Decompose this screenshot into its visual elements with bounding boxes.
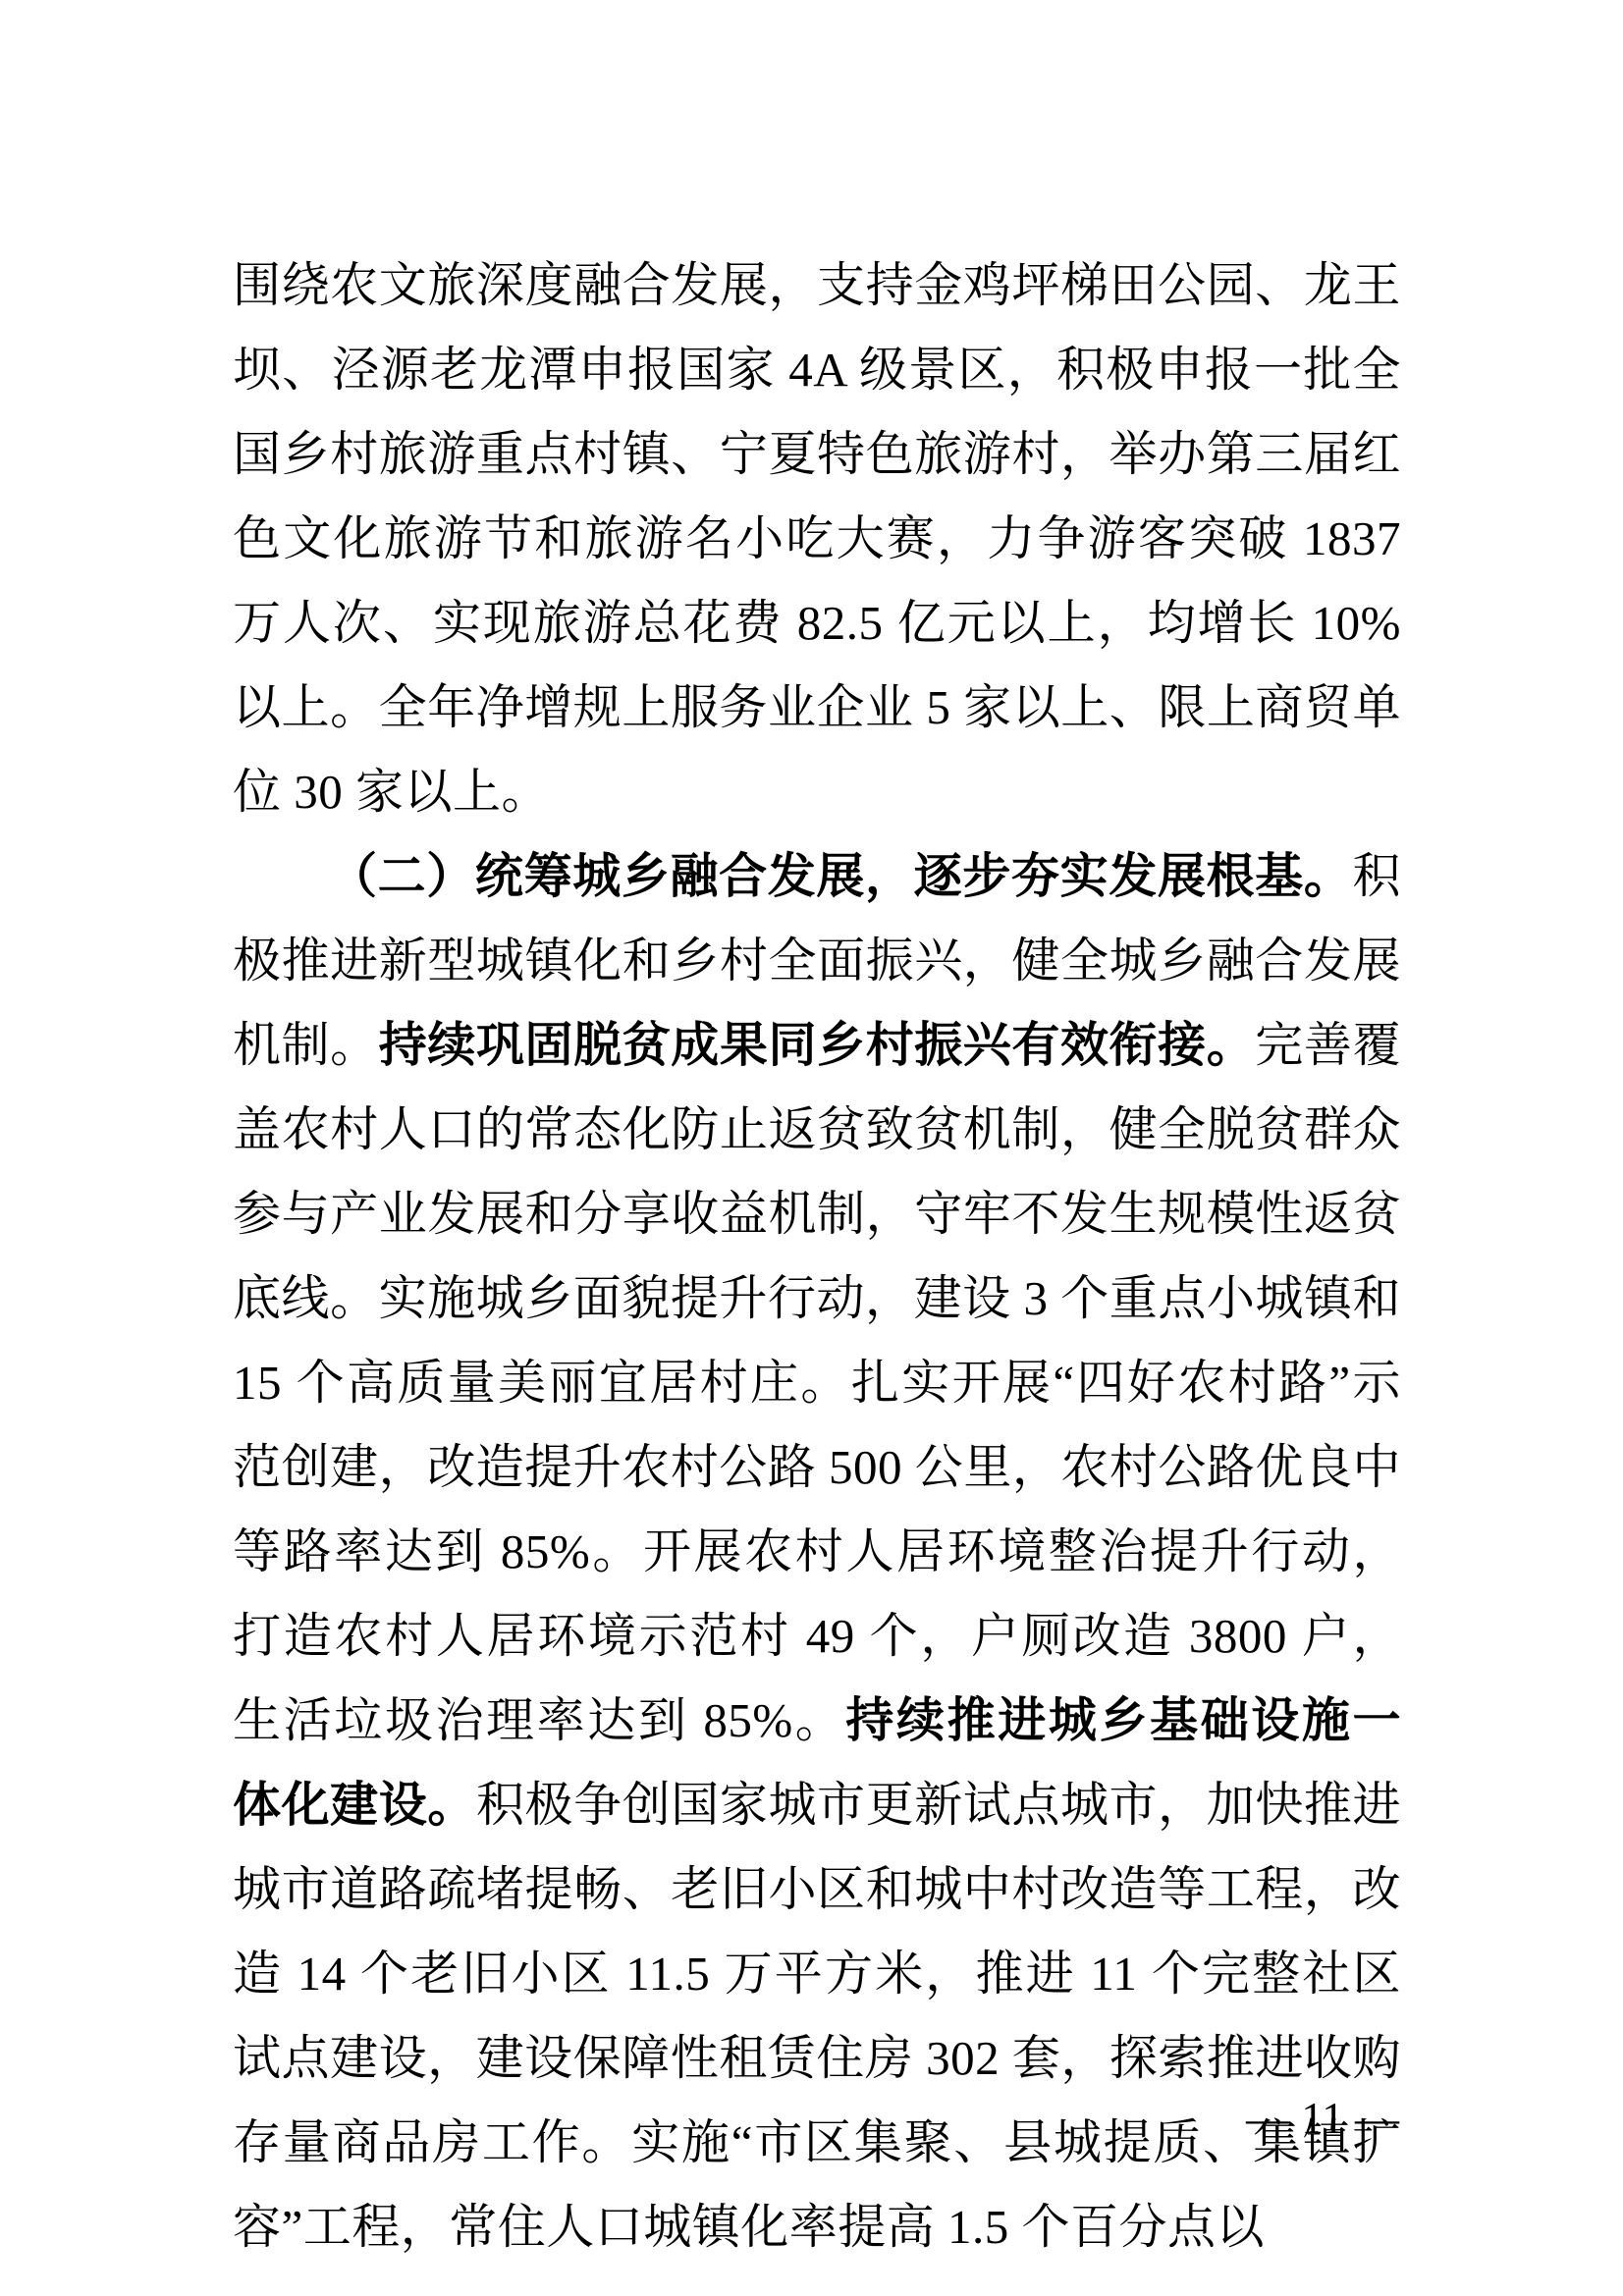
document-page: 围绕农文旅深度融合发展，支持金鸡坪梯田公园、龙王坝、泾源老龙潭申报国家 4A 级… [0,0,1623,2296]
text-run-bold: 持续巩固脱贫成果同乡村振兴有效衔接。 [379,1019,1256,1072]
page-number: — 11 — [1246,2093,1399,2144]
text-run-body: 完善覆盖农村人口的常态化防止返贫致贫机制，健全脱贫群众参与产业发展和分享收益机制… [233,1018,1401,1747]
text-run-body: 围绕农文旅深度融合发展，支持金鸡坪梯田公园、龙王坝、泾源老龙潭申报国家 4A 级… [233,258,1401,819]
text-run-body: 积极争创国家城市更新试点城市，加快推进城市道路疏堵提畅、老旧小区和城中村改造等工… [233,1778,1401,2254]
para-tourism-services: 围绕农文旅深度融合发展，支持金鸡坪梯田公园、龙王坝、泾源老龙潭申报国家 4A 级… [233,243,1401,834]
text-run-kai: （二）统筹城乡融合发展，逐步夯实发展根基。 [329,849,1352,903]
para-section-two-urban-rural: （二）统筹城乡融合发展，逐步夯实发展根基。积极推进新型城镇化和乡村全面振兴，健全… [233,834,1401,2269]
document-body: 围绕农文旅深度融合发展，支持金鸡坪梯田公园、龙王坝、泾源老龙潭申报国家 4A 级… [233,243,1401,2269]
